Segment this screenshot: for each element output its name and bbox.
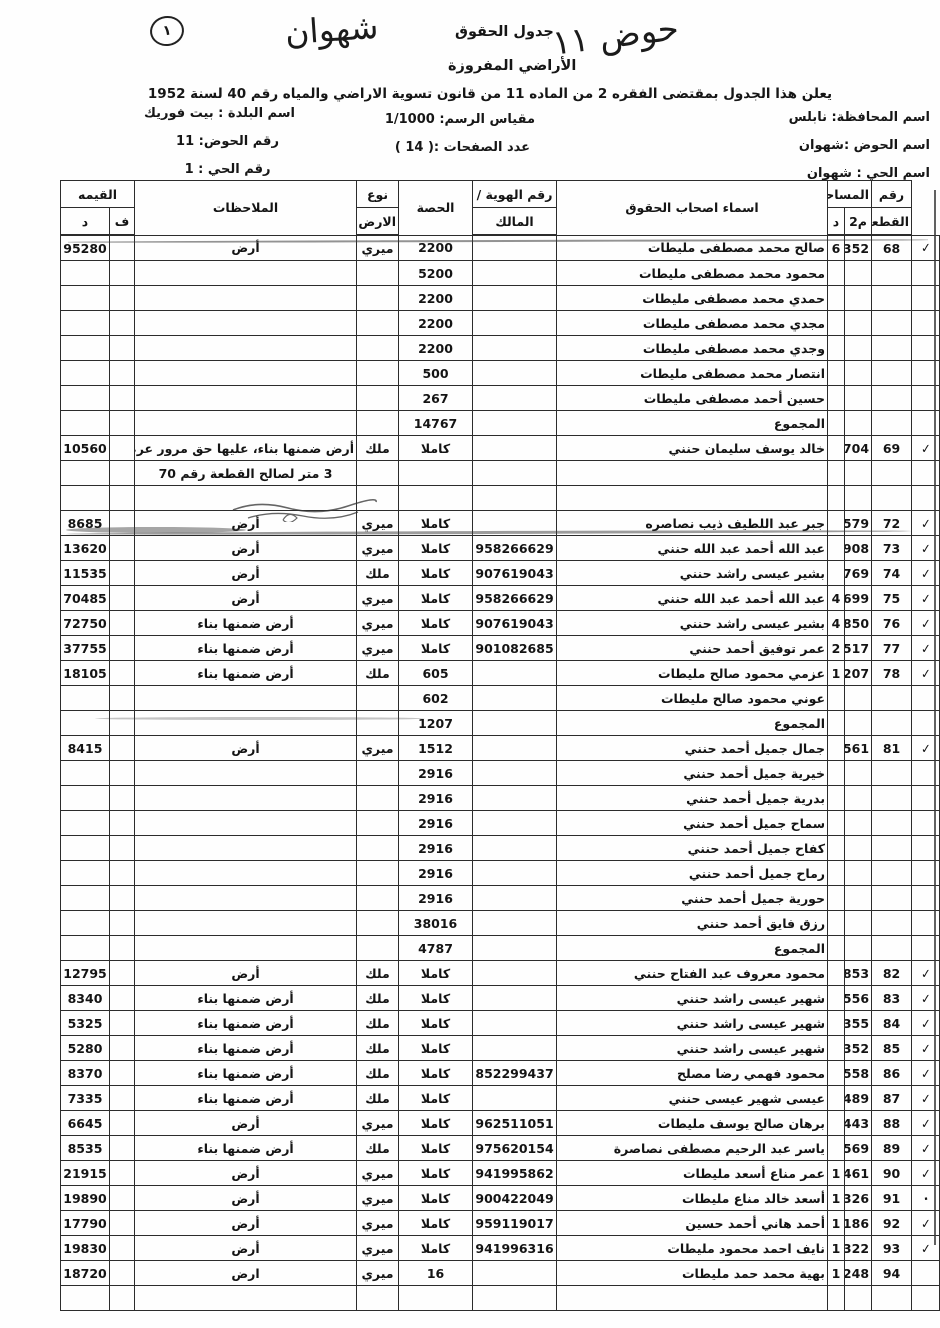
cell-type (357, 811, 399, 836)
cell-share: 2200 (399, 235, 473, 261)
cell-value (61, 311, 110, 336)
cell-name: جبر عبد اللطيف ذيب نصاصره (557, 511, 828, 536)
cell-d (828, 786, 845, 811)
cell-id: 900422049 (473, 1186, 557, 1211)
cell-id (473, 686, 557, 711)
cell-parcel: 82 (872, 961, 912, 986)
cell-d (828, 461, 845, 486)
cell-parcel (872, 911, 912, 936)
cell-id (473, 436, 557, 461)
cell-notes: أرض (135, 736, 357, 761)
cell-id: 962511051 (473, 1111, 557, 1136)
cell-name: عبد الله أحمد عبد الله حنني (557, 536, 828, 561)
cell-check: ✓ (910, 559, 940, 587)
cell-id (473, 986, 557, 1011)
cell-f (110, 661, 135, 686)
cell-notes: ارض (135, 1261, 357, 1286)
cell-check: ✓ (910, 584, 940, 612)
cell-check: ✓ (910, 734, 940, 762)
cell-m2: 579 (845, 511, 872, 536)
cell-value: 95280 (61, 235, 110, 261)
table-row: وجدي محمد مصطفى مليطات2200 (61, 336, 940, 361)
cell-value (61, 261, 110, 286)
cell-value (61, 461, 110, 486)
cell-share: 2916 (399, 886, 473, 911)
cell-m2 (845, 386, 872, 411)
cell-notes (135, 811, 357, 836)
cell-check (910, 909, 940, 937)
header-area-d: د (828, 208, 845, 236)
cell-id (473, 235, 557, 261)
cell-value: 5325 (61, 1011, 110, 1036)
cell-m2: 489 (845, 1086, 872, 1111)
cell-check: ✓ (910, 534, 940, 562)
cell-type (357, 311, 399, 336)
cell-parcel: 91 (872, 1186, 912, 1211)
cell-notes: أرض (135, 1236, 357, 1261)
cell-share: كاملا (399, 436, 473, 461)
cell-name: عمر توفيق أحمد حنني (557, 636, 828, 661)
cell-share: 16 (399, 1261, 473, 1286)
cell-d: 1 (828, 1186, 845, 1211)
cell-value: 17790 (61, 1211, 110, 1236)
cell-type: ميري (357, 1261, 399, 1286)
cell-parcel (872, 686, 912, 711)
cell-d: 1 (828, 1236, 845, 1261)
cell-f (110, 936, 135, 961)
handwritten-basin-number: حوض ١١ (550, 8, 681, 63)
cell-d (828, 1111, 845, 1136)
cell-id: 852299437 (473, 1061, 557, 1086)
cell-d (828, 711, 845, 736)
cell-f (110, 686, 135, 711)
cell-value (61, 286, 110, 311)
cell-id (473, 1036, 557, 1061)
cell-d: 6 (828, 235, 845, 261)
cell-id (473, 1261, 557, 1286)
cell-type (357, 936, 399, 961)
cell-notes: أرض (135, 1111, 357, 1136)
cell-parcel (872, 1286, 912, 1311)
cell-f (110, 286, 135, 311)
cell-f (110, 1186, 135, 1211)
table-row: ✓83556شهير عيسى راشد حننيكاملاملكأرض ضمن… (61, 986, 940, 1011)
table-row: ✓756994عبد الله أحمد عبد الله حنني958266… (61, 586, 940, 611)
cell-f (110, 861, 135, 886)
cell-d (828, 1286, 845, 1311)
cell-notes (135, 486, 357, 511)
cell-parcel: 77 (872, 636, 912, 661)
cell-d (828, 911, 845, 936)
cell-name: عمر مناع أسعد مليطات (557, 1161, 828, 1186)
cell-share: 2916 (399, 836, 473, 861)
cell-share: كاملا (399, 561, 473, 586)
cell-d: 4 (828, 611, 845, 636)
table-body: ✓683526صالح محمد مصطفى مليطات2200ميريأرض… (61, 235, 940, 1311)
cell-value (61, 386, 110, 411)
cell-notes (135, 1286, 357, 1311)
cell-parcel: 85 (872, 1036, 912, 1061)
cell-id (473, 1086, 557, 1111)
cell-f (110, 711, 135, 736)
cell-share: كاملا (399, 1036, 473, 1061)
cell-share: 500 (399, 361, 473, 386)
cell-parcel (872, 861, 912, 886)
cell-type: ميري (357, 611, 399, 636)
cell-f (110, 1286, 135, 1311)
table-row: ✓72579جبر عبد اللطيف ذيب نصاصرهكاملاميري… (61, 511, 940, 536)
cell-name: جمال جميل أحمد حنني (557, 736, 828, 761)
cell-check (910, 684, 940, 712)
table-row: محمود محمد مصطفى مليطات5200 (61, 261, 940, 286)
cell-notes (135, 361, 357, 386)
cell-d (828, 386, 845, 411)
cell-d: 1 (828, 661, 845, 686)
cell-name: بدرية جميل أحمد حنني (557, 786, 828, 811)
cell-value: 11535 (61, 561, 110, 586)
cell-value (61, 486, 110, 511)
cell-name: حمدي محمد مصطفى مليطات (557, 286, 828, 311)
header-notes: الملاحظات (135, 181, 357, 236)
cell-id: 958266629 (473, 586, 557, 611)
cell-id (473, 961, 557, 986)
cell-id (473, 1286, 557, 1311)
cell-share: كاملا (399, 636, 473, 661)
cell-notes (135, 911, 357, 936)
cell-type: ملك (357, 1136, 399, 1161)
cell-id (473, 661, 557, 686)
cell-notes: أرض ضمنها بناء (135, 1061, 357, 1086)
info-governorate: اسم المحافظة: نابلس (789, 110, 930, 125)
cell-parcel (872, 936, 912, 961)
cell-check: · (910, 1184, 940, 1212)
cell-type: ملك (357, 436, 399, 461)
header-parcel-number-top: رقم (872, 181, 912, 208)
cell-id: 907619043 (473, 561, 557, 586)
table-header: رقم المساحه اسماء اصحاب الحقوق رقم الهوي… (61, 181, 940, 236)
cell-f (110, 911, 135, 936)
table-row: ✓74769بشير عيسى راشد حنني907619043كاملام… (61, 561, 940, 586)
cell-notes (135, 686, 357, 711)
cell-notes (135, 286, 357, 311)
cell-check (910, 334, 940, 362)
cell-notes: أرض ضمنها بناء (135, 661, 357, 686)
cell-f (110, 1086, 135, 1111)
cell-value: 7335 (61, 1086, 110, 1111)
cell-name: عزمي محمود صالح مليطات (557, 661, 828, 686)
cell-type: ميري (357, 1236, 399, 1261)
cell-parcel (872, 711, 912, 736)
table-row: حسين أحمد مصطفى مليطات267 (61, 386, 940, 411)
cell-m2 (845, 486, 872, 511)
table-row: بدرية جميل أحمد حنني2916 (61, 786, 940, 811)
table-row: انتصار محمد مصطفى مليطات500 (61, 361, 940, 386)
cell-m2 (845, 1286, 872, 1311)
cell-notes (135, 336, 357, 361)
cell-type (357, 286, 399, 311)
cell-type: ميري (357, 736, 399, 761)
cell-type (357, 336, 399, 361)
cell-type: ميري (357, 586, 399, 611)
cell-parcel (872, 461, 912, 486)
cell-m2 (845, 311, 872, 336)
cell-m2: 556 (845, 986, 872, 1011)
cell-name: بشير عيسى راشد حنني (557, 561, 828, 586)
cell-d: 2 (828, 636, 845, 661)
cell-notes (135, 711, 357, 736)
header-land-type-top: نوع (357, 181, 399, 208)
cell-share: 2916 (399, 761, 473, 786)
cell-f (110, 536, 135, 561)
cell-notes: أرض ضمنها بناء، عليها حق مرور عرض (135, 436, 357, 461)
cell-m2 (845, 261, 872, 286)
cell-m2: 355 (845, 1011, 872, 1036)
cell-id (473, 786, 557, 811)
cell-share: 1207 (399, 711, 473, 736)
cell-value (61, 711, 110, 736)
cell-share: 605 (399, 661, 473, 686)
header-share: الحصة (399, 181, 473, 236)
cell-name: بشير عيسى راشد حنني (557, 611, 828, 636)
cell-name: محمود فهمي رضا مصلح (557, 1061, 828, 1086)
cell-type (357, 761, 399, 786)
cell-value: 19890 (61, 1186, 110, 1211)
cell-parcel (872, 311, 912, 336)
cell-id (473, 336, 557, 361)
cell-notes (135, 936, 357, 961)
cell-d (828, 536, 845, 561)
cell-name (557, 1286, 828, 1311)
cell-name: شهير عيسى راشد حنني (557, 1036, 828, 1061)
cell-share: 4787 (399, 936, 473, 961)
cell-share (399, 461, 473, 486)
cell-share: 2200 (399, 286, 473, 311)
cell-name: عوني محمود صالح مليطات (557, 686, 828, 711)
cell-name: المجموع (557, 711, 828, 736)
cell-check (910, 809, 940, 837)
cell-notes: أرض (135, 235, 357, 261)
cell-id (473, 1011, 557, 1036)
cell-parcel (872, 336, 912, 361)
cell-notes (135, 311, 357, 336)
cell-parcel: 81 (872, 736, 912, 761)
cell-type (357, 711, 399, 736)
cell-name: حورية جميل أحمد حنني (557, 886, 828, 911)
cell-value (61, 361, 110, 386)
cell-check: ✓ (910, 1059, 940, 1087)
cell-parcel (872, 286, 912, 311)
cell-name: كفاح جميل أحمد حنني (557, 836, 828, 861)
cell-notes: أرض ضمنها بناء (135, 1136, 357, 1161)
cell-name: رماح جميل أحمد حنني (557, 861, 828, 886)
cell-value (61, 786, 110, 811)
cell-id (473, 361, 557, 386)
cell-parcel: 87 (872, 1086, 912, 1111)
cell-share: 2916 (399, 861, 473, 886)
header-value: القيمه (61, 181, 135, 208)
document-title: جدول الحقوق (455, 24, 554, 40)
cell-f (110, 611, 135, 636)
cell-m2 (845, 886, 872, 911)
cell-type: ملك (357, 561, 399, 586)
cell-notes: أرض (135, 1161, 357, 1186)
cell-m2: 853 (845, 961, 872, 986)
cell-type (357, 1286, 399, 1311)
cell-check: ✓ (910, 1009, 940, 1037)
cell-check: ✓ (910, 509, 940, 537)
cell-m2 (845, 936, 872, 961)
cell-notes: أرض (135, 961, 357, 986)
cell-parcel: 73 (872, 536, 912, 561)
cell-f (110, 1111, 135, 1136)
cell-id (473, 836, 557, 861)
cell-f (110, 1036, 135, 1061)
table-row: ✓82853محمود معروف عبد الفتاح حننيكاملامل… (61, 961, 940, 986)
cell-check: ✓ (910, 1084, 940, 1112)
table-row: المجموع14767 (61, 411, 940, 436)
cell-d (828, 311, 845, 336)
cell-value: 6645 (61, 1111, 110, 1136)
cell-f (110, 1161, 135, 1186)
cell-f (110, 486, 135, 511)
cell-check (910, 709, 940, 737)
cell-m2: 769 (845, 561, 872, 586)
table-row: المجموع1207 (61, 711, 940, 736)
scanned-document-sheet: ١ شهوان حوض ١١ جدول الحقوق الأراضي المفر… (0, 0, 940, 1328)
cell-d: 1 (828, 1261, 845, 1286)
cell-check (910, 409, 940, 437)
legal-declaration: يعلن هذا الجدول بمقتضى الفقره 2 من الماد… (100, 86, 880, 102)
cell-value: 12795 (61, 961, 110, 986)
cell-share (399, 486, 473, 511)
cell-parcel: 84 (872, 1011, 912, 1036)
cell-type: ميري (357, 1211, 399, 1236)
cell-id (473, 286, 557, 311)
cell-value: 8370 (61, 1061, 110, 1086)
cell-m2: 561 (845, 736, 872, 761)
cell-id (473, 311, 557, 336)
cell-d (828, 411, 845, 436)
cell-check: ✓ (910, 1234, 940, 1262)
cell-m2 (845, 761, 872, 786)
cell-value: 37755 (61, 636, 110, 661)
cell-value (61, 861, 110, 886)
cell-type (357, 386, 399, 411)
cell-value: 18105 (61, 661, 110, 686)
cell-type (357, 486, 399, 511)
cell-type: ملك (357, 1036, 399, 1061)
cell-notes (135, 886, 357, 911)
table-row: المجموع4787 (61, 936, 940, 961)
cell-share: 5200 (399, 261, 473, 286)
cell-m2 (845, 711, 872, 736)
cell-name: شهير عيسى راشد حنني (557, 1011, 828, 1036)
cell-value: 13620 (61, 536, 110, 561)
cell-m2 (845, 836, 872, 861)
cell-m2: 352 (845, 1036, 872, 1061)
cell-check: ✓ (910, 1159, 940, 1187)
cell-d (828, 811, 845, 836)
cell-f (110, 1011, 135, 1036)
cell-name: خيرية جميل أحمد حنني (557, 761, 828, 786)
cell-d (828, 861, 845, 886)
cell-parcel (872, 886, 912, 911)
table-row: مجدي محمد مصطفى مليطات2200 (61, 311, 940, 336)
cell-f (110, 436, 135, 461)
table-row: ✓86558محمود فهمي رضا مصلح852299437كاملام… (61, 1061, 940, 1086)
cell-m2: 443 (845, 1111, 872, 1136)
cell-check (910, 1284, 940, 1312)
cell-notes: أرض (135, 586, 357, 611)
info-town-name: اسم البلدة : بيت فوريك (160, 106, 295, 121)
cell-f (110, 886, 135, 911)
cell-m2 (845, 686, 872, 711)
cell-id (473, 411, 557, 436)
cell-id (473, 936, 557, 961)
cell-name (557, 486, 828, 511)
cell-d (828, 761, 845, 786)
table-row: ·913261أسعد خالد مناع مليطات900422049كام… (61, 1186, 940, 1211)
table-row: سماح جميل أحمد حنني2916 (61, 811, 940, 836)
cell-type: ملك (357, 961, 399, 986)
cell-share: كاملا (399, 511, 473, 536)
cell-type (357, 461, 399, 486)
cell-m2: 558 (845, 1061, 872, 1086)
cell-parcel: 92 (872, 1211, 912, 1236)
cell-f (110, 336, 135, 361)
cell-type (357, 786, 399, 811)
cell-share: كاملا (399, 1161, 473, 1186)
cell-share: كاملا (399, 986, 473, 1011)
page-number-circle: ١ (148, 14, 186, 48)
cell-share: كاملا (399, 1111, 473, 1136)
cell-name: أسعد خالد مناع مليطات (557, 1186, 828, 1211)
cell-d (828, 686, 845, 711)
cell-name: المجموع (557, 411, 828, 436)
cell-d (828, 286, 845, 311)
table-row: ✓87489عيسى شهير عيسى حننيكاملاملكأرض ضمن… (61, 1086, 940, 1111)
cell-parcel: 76 (872, 611, 912, 636)
cell-notes: أرض ضمنها بناء (135, 611, 357, 636)
cell-type: ملك (357, 1011, 399, 1036)
cell-m2: 326 (845, 1186, 872, 1211)
cell-f (110, 736, 135, 761)
header-value-f: ف (110, 208, 135, 236)
header-value-d: د (61, 208, 110, 236)
table-row: 942481بهية محمد حمد مليطات16ميريارض18720 (61, 1261, 940, 1286)
cell-id (473, 911, 557, 936)
cell-type: ملك (357, 1086, 399, 1111)
cell-id: 901082685 (473, 636, 557, 661)
cell-id (473, 886, 557, 911)
cell-parcel (872, 386, 912, 411)
cell-name: محمود معروف عبد الفتاح حنني (557, 961, 828, 986)
cell-m2: 699 (845, 586, 872, 611)
header-area-m2: م2 (845, 208, 872, 236)
table-row: ✓683526صالح محمد مصطفى مليطات2200ميريأرض… (61, 235, 940, 261)
cell-f (110, 461, 135, 486)
cell-notes: أرض (135, 1186, 357, 1211)
cell-name: برهان صالح يوسف مليطات (557, 1111, 828, 1136)
cell-value (61, 761, 110, 786)
cell-f (110, 311, 135, 336)
table-row: ✓933221نايف احمد محمود مليطات941996316كا… (61, 1236, 940, 1261)
cell-parcel: 88 (872, 1111, 912, 1136)
cell-d (828, 936, 845, 961)
cell-m2 (845, 811, 872, 836)
page-number: ١ (162, 22, 173, 39)
cell-type (357, 886, 399, 911)
